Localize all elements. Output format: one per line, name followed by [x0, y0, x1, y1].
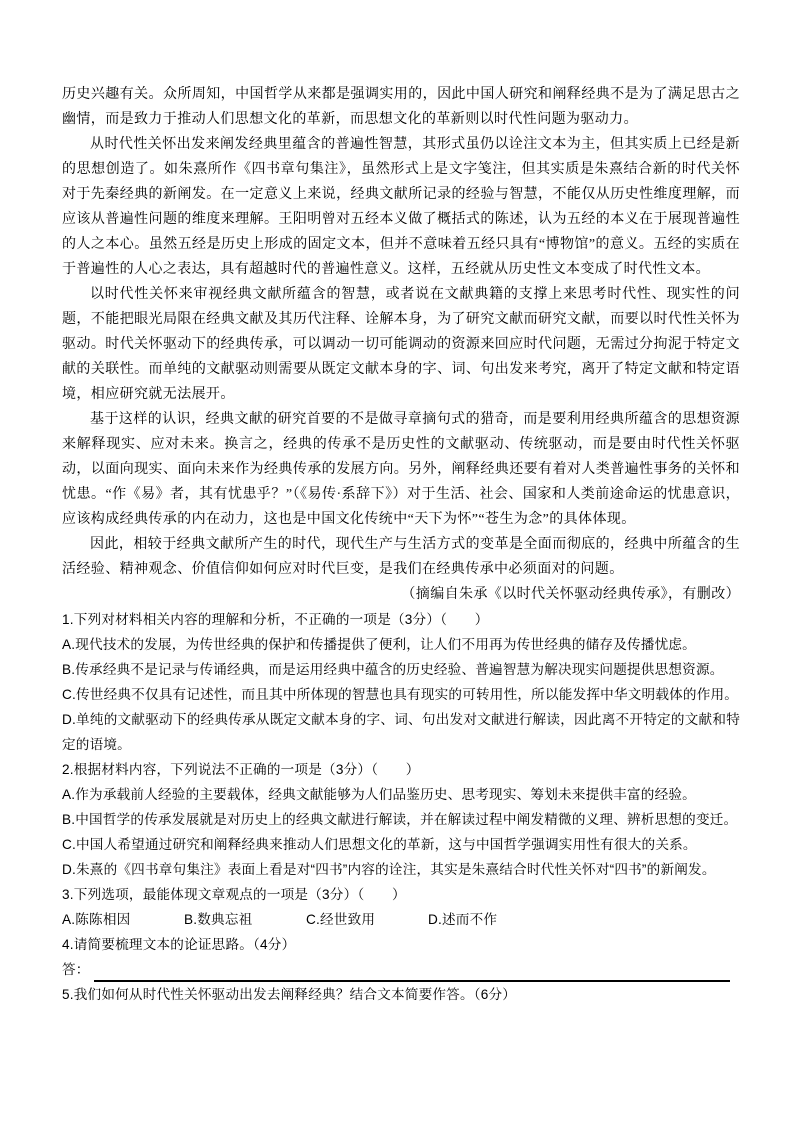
passage-paragraph-2: 从时代性关怀出发来阐发经典里蕴含的普遍性智慧，其形式虽仍以诠注文本为主，但其实质… [62, 132, 740, 282]
question-3-stem: 3.下列选项，最能体现文章观点的一项是（3分）（ ） [62, 882, 740, 907]
question-4-stem: 4.请简要梳理文本的论证思路。（4分） [62, 932, 740, 957]
source-attribution: （摘编自朱承《以时代关怀驱动经典传承》，有删改） [62, 582, 740, 607]
question-5-stem: 5.我们如何从时代性关怀驱动出发去阐释经典？结合文本简要作答。（6分） [62, 982, 740, 1007]
question-2-stem: 2.根据材料内容，下列说法不正确的一项是（3分）（ ） [62, 757, 740, 782]
question-3-option-b: B.数典忘祖 [184, 907, 306, 932]
question-2-option-d: D.朱熹的《四书章句集注》表面上看是对“四书”内容的诠注，其实是朱熹结合时代性关… [62, 857, 740, 882]
passage-paragraph-3: 以时代性关怀来审视经典文献所蕴含的智慧，或者说在文献典籍的支撑上来思考时代性、现… [62, 282, 740, 407]
passage-paragraph-1: 历史兴趣有关。众所周知，中国哲学从来都是强调实用的，因此中国人研究和阐释经典不是… [62, 82, 740, 132]
question-1-stem: 1.下列对材料相关内容的理解和分析，不正确的一项是（3分）（ ） [62, 607, 740, 632]
answer-label: 答： [62, 957, 90, 982]
question-1-option-a: A.现代技术的发展，为传世经典的保护和传播提供了便利，让人们不用再为传世经典的储… [62, 632, 740, 657]
question-2-option-c: C.中国人希望通过研究和阐释经典来推动人们思想文化的革新，这与中国哲学强调实用性… [62, 832, 740, 857]
question-1-option-c: C.传世经典不仅具有记述性，而且其中所体现的智慧也具有现实的可转用性，所以能发挥… [62, 682, 740, 707]
question-2-option-b: B.中国哲学的传承发展就是对历史上的经典文献进行解读，并在解读过程中阐发精微的义… [62, 807, 740, 832]
questions-section: 1.下列对材料相关内容的理解和分析，不正确的一项是（3分）（ ） A.现代技术的… [62, 607, 740, 1007]
question-3-option-d: D.述而不作 [428, 907, 497, 932]
question-2-option-a: A.作为承载前人经验的主要载体，经典文献能够为人们品鉴历史、思考现实、筹划未来提… [62, 782, 740, 807]
question-3-option-a: A.陈陈相因 [62, 907, 184, 932]
exam-page: 历史兴趣有关。众所周知，中国哲学从来都是强调实用的，因此中国人研究和阐释经典不是… [0, 0, 794, 1123]
question-1-option-d: D.单纯的文献驱动下的经典传承从既定文献本身的字、词、句出发对文献进行解读，因此… [62, 707, 740, 757]
reading-passage: 历史兴趣有关。众所周知，中国哲学从来都是强调实用的，因此中国人研究和阐释经典不是… [62, 82, 740, 607]
passage-paragraph-4: 基于这样的认识，经典文献的研究首要的不是做寻章摘句式的猎奇，而是要利用经典所蕴含… [62, 407, 740, 532]
answer-blank-line [94, 963, 730, 982]
answer-row: 答： [62, 957, 740, 982]
question-3-option-c: C.经世致用 [306, 907, 428, 932]
question-1-option-b: B.传承经典不是记录与传诵经典，而是运用经典中蕴含的历史经验、普遍智慧为解决现实… [62, 657, 740, 682]
question-3-options-row: A.陈陈相因 B.数典忘祖 C.经世致用 D.述而不作 [62, 907, 740, 932]
passage-paragraph-5: 因此，相较于经典文献所产生的时代，现代生产与生活方式的变革是全面而彻底的，经典中… [62, 532, 740, 582]
